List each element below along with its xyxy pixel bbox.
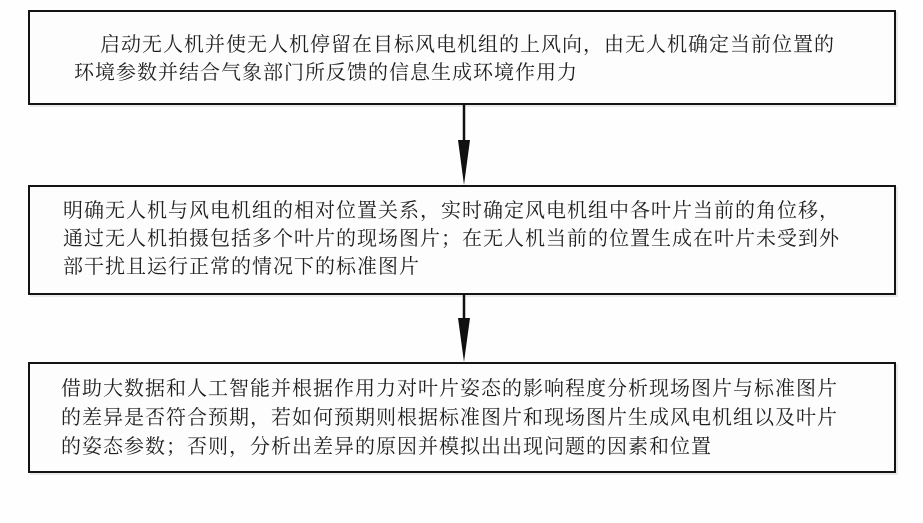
flow-step-1-line-2: 环境参数并结合气象部门所反馈的信息生成环境作用力 <box>74 59 854 87</box>
flow-step-2-box: 明确无人机与风电机组的相对位置关系，实时确定风电机组中各叶片当前的角位移， 通过… <box>28 185 896 295</box>
flow-step-1-box: 启动无人机并使无人机停留在目标风电机组的上风向，由无人机确定当前位置的 环境参数… <box>28 10 896 105</box>
flow-arrow-down-1-icon <box>452 104 476 186</box>
flow-step-3-box: 借助大数据和人工智能并根据作用力对叶片姿态的影响程度分析现场图片与标准图片 的差… <box>28 362 896 473</box>
flow-step-3-line-3: 的姿态参数；否则，分析出差异的原因并模拟出出现问题的因素和位置 <box>61 433 868 462</box>
flow-step-3-line-1: 借助大数据和人工智能并根据作用力对叶片姿态的影响程度分析现场图片与标准图片 <box>61 375 868 404</box>
flow-step-1-line-1: 启动无人机并使无人机停留在目标风电机组的上风向，由无人机确定当前位置的 <box>74 31 854 59</box>
flow-step-3-line-2: 的差异是否符合预期，若如何预期则根据标准图片和现场图片生成风电机组以及叶片 <box>61 404 868 433</box>
flow-arrow-down-2-icon <box>452 293 476 363</box>
flow-step-2-line-3: 部干扰且运行正常的情况下的标准图片 <box>63 253 868 281</box>
flowchart-canvas: 启动无人机并使无人机停留在目标风电机组的上风向，由无人机确定当前位置的 环境参数… <box>0 0 923 523</box>
flow-step-2-line-2: 通过无人机拍摄包括多个叶片的现场图片；在无人机当前的位置生成在叶片未受到外 <box>63 225 868 253</box>
flow-step-2-line-1: 明确无人机与风电机组的相对位置关系，实时确定风电机组中各叶片当前的角位移， <box>63 197 868 225</box>
